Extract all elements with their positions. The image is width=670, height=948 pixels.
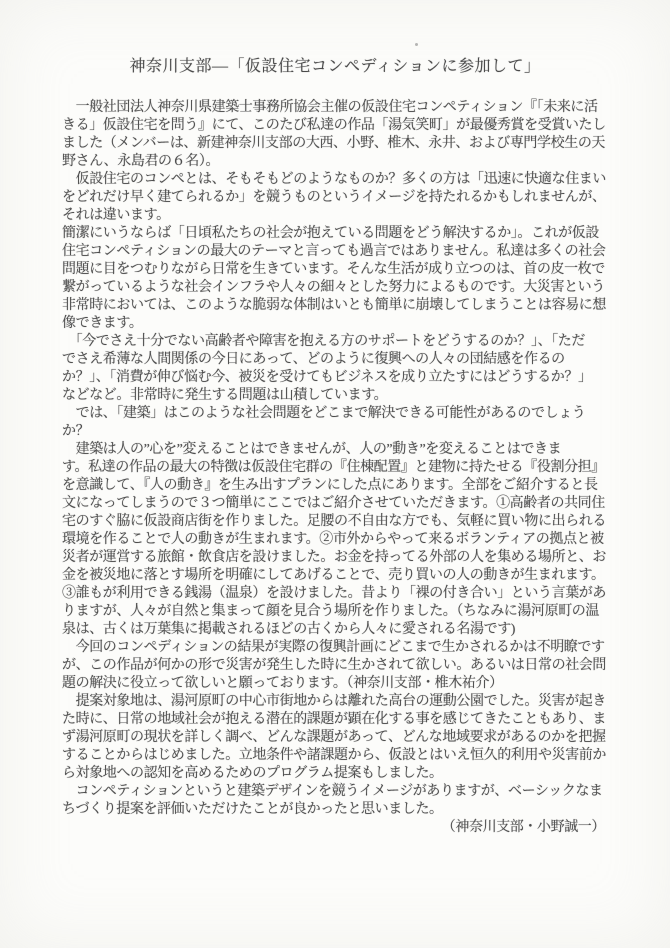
text-line: などなど。非常時に発生する問題は山積しています。 — [62, 387, 610, 405]
text-line: をどれだけ早く建てられるか」を競うものというイメージを持たれるかもしれませんが、 — [62, 189, 610, 207]
text-line: 一般社団法人神奈川県建築士事務所協会主催の仮設住宅コンペティション『「未来に活 — [62, 99, 610, 117]
text-line: 野さん、永島君の６名）。 — [62, 153, 610, 171]
text-line: ました（メンバーは、新建神奈川支部の大西、小野、椎木、永井、および専門学校生の天 — [62, 135, 610, 153]
document-body: 一般社団法人神奈川県建築士事務所協会主催の仮設住宅コンペティション『「未来に活き… — [62, 99, 610, 819]
scanned-document-page: 神奈川支部―「仮設住宅コンペディションに参加して」 一般社団法人神奈川県建築士事… — [0, 0, 670, 948]
text-line: 住宅コンペティションの最大のテーマと言っても過言ではありません。私達は多くの社会 — [62, 243, 610, 261]
text-line: ず湯河原町の現状を詳しく調べ、どんな課題があって、どんな地域要求があるのかを把握 — [62, 729, 610, 747]
text-line: が、この作品が何かの形で災害が発生した時に生かされて欲しい。あるいは日常の社会問 — [62, 657, 610, 675]
text-line: でさえ希薄な人間関係の今日にあって、どのように復興への人々の団結感を作るの — [62, 351, 610, 369]
text-line: か？」、「消費が伸び悩む今、被災を受けてもビジネスを成り立たすにはどうするか？」 — [62, 369, 610, 387]
text-line: 泉は、古くは万葉集に掲載されるほどの古くから人々に愛される名湯です) — [62, 621, 610, 639]
text-line: ちづくり提案を評価いただけたことが良かったと思いました。 — [62, 801, 610, 819]
text-line: 建築は人の”心を”変えることはできませんが、人の”動き”を変えることはできま — [62, 441, 610, 459]
text-line: か？ — [62, 423, 610, 441]
text-line: 簡潔にいうならば「日頃私たちの社会が抱えている問題をどう解決するか」。これが仮設 — [62, 225, 610, 243]
text-line: ③誰もが利用できる銭湯（温泉）を設けました。昔より「裸の付き合い」という言葉があ — [62, 585, 610, 603]
document-text-block: 一般社団法人神奈川県建築士事務所協会主催の仮設住宅コンペティション『「未来に活き… — [62, 99, 610, 837]
text-line: す。私達の作品の最大の特徴は仮設住宅群の『住棟配置』と建物に持たせる『役割分担』 — [62, 459, 610, 477]
text-line: 文になってしまうので３つ簡単にここではご紹介させていただきます。①高齢者の共同住 — [62, 495, 610, 513]
text-line: 「今でさえ十分でない高齢者や障害を抱える方のサポートをどうするのか？」、「ただ — [62, 333, 610, 351]
text-line: それは違います。 — [62, 207, 610, 225]
text-line: 災者が運営する旅館・飲食店を設けました。お金を持ってる外部の人を集める場所と、お — [62, 549, 610, 567]
text-line: を意識して、『人の動き』を生み出すプランにした点にあります。全部をご紹介すると長 — [62, 477, 610, 495]
text-line: 今回のコンペディションの結果が実際の復興計画にどこまで生かされるかは不明瞭です — [62, 639, 610, 657]
text-line: きる」仮設住宅を問う』にて、このたび私達の作品「湯気笑町」が最優秀賞を受賞いたし — [62, 117, 610, 135]
text-line: 宅のすぐ脇に仮設商店街を作りました。足腰の不自由な方でも、気軽に買い物に出られる — [62, 513, 610, 531]
text-line: 問題に目をつむりながら日常を生きています。そんな生活が成り立つのは、首の皮一枚で — [62, 261, 610, 279]
text-line: 仮設住宅のコンペとは、そもそもどのようなものか？多くの方は「迅速に快適な住まい — [62, 171, 610, 189]
scan-speck — [415, 43, 418, 46]
text-line: 金を被災地に落とす場所を明確にしてあげることで、売り買いの人の動きが生まれます。 — [62, 567, 610, 585]
signature-line: （神奈川支部・小野誠一） — [62, 819, 610, 837]
text-line: 題の解決に役立って欲しいと願っております。（神奈川支部・椎木祐介） — [62, 675, 610, 693]
text-line: ら対象地への認知を高めるためのプログラム提案もしました。 — [62, 765, 610, 783]
text-line: 非常時においては、このような脆弱な体制はいとも簡単に崩壊してしまうことは容易に想 — [62, 297, 610, 315]
text-line: 提案対象地は、湯河原町の中心市街地からは離れた高台の運動公園でした。災害が起き — [62, 693, 610, 711]
text-line: 像できます。 — [62, 315, 610, 333]
text-line: 繋がっているような社会インフラや人々の細々とした努力によるものです。大災害という — [62, 279, 610, 297]
text-line: た時に、日常の地域社会が抱える潜在的課題が顕在化する事を感じてきたこともあり、ま — [62, 711, 610, 729]
text-line: することからはじめました。立地条件や諸課題から、仮設とはいえ恒久的利用や災害前か — [62, 747, 610, 765]
text-line: では、「建築」はこのような社会問題をどこまで解決できる可能性があるのでしょう — [62, 405, 610, 423]
text-line: コンペティションというと建築デザインを競うイメージがありますが、ベーシックなま — [62, 783, 610, 801]
text-line: りますが、人々が自然と集まって顔を見合う場所を作りました。（ちなみに湯河原町の温 — [62, 603, 610, 621]
text-line: 環境を作ることで人の動きが生まれます。②市外からやって来るボランティアの拠点と被 — [62, 531, 610, 549]
document-title: 神奈川支部―「仮設住宅コンペディションに参加して」 — [0, 53, 670, 76]
